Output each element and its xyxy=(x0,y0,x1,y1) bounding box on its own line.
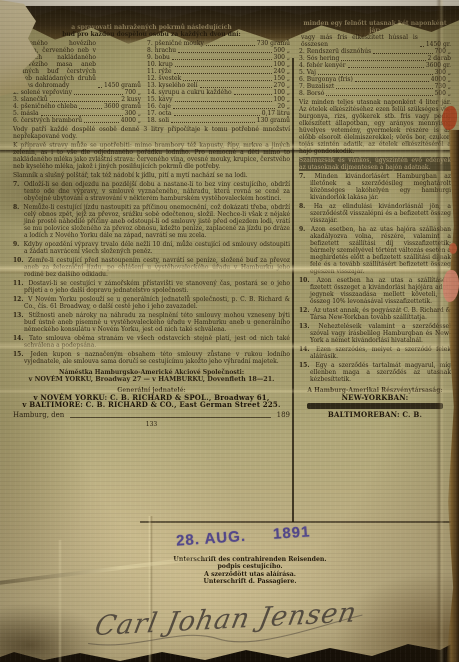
provision-list-a: 1. soleného hovězího masa, červeného neb… xyxy=(13,40,141,124)
provision-number: 3. xyxy=(13,96,19,103)
provision-number: 5. xyxy=(299,69,305,76)
provision-row: 17. octa 0,17 litru xyxy=(147,110,290,117)
provision-number: 13. xyxy=(147,82,157,89)
provision-number: 15. xyxy=(147,96,157,103)
provision-amount: 240 „ xyxy=(274,68,290,75)
provision-amount: 700 „ xyxy=(125,89,141,96)
provision-row: 7. Buzaliszt 730 „ xyxy=(299,83,451,90)
bedding-paragraph-hungarian: Szalmazsák és vánkos, úgyszintén evő edé… xyxy=(299,157,451,171)
provision-amount: 100 „ xyxy=(274,61,290,68)
provision-row: 2. solené vepřoviny 700 „ xyxy=(13,89,141,96)
dotted-leader xyxy=(373,53,432,54)
provision-label: syrupu a cukru každého xyxy=(159,89,232,96)
provision-amount: 300 „ xyxy=(125,110,141,117)
provision-list-hungarian: vagy más fris elkészített hússal is össz… xyxy=(299,34,451,97)
paragraph-text: Azon esetben ha az utas a szállításért f… xyxy=(310,277,451,305)
provision-label: švestek xyxy=(159,75,182,82)
provision-amount: 300 „ xyxy=(274,54,290,61)
provision-amount: 4000 „ xyxy=(121,117,141,124)
terms-paragraph: 9. Azon esetben, ha az utas hajóra száll… xyxy=(299,226,451,275)
provision-row: 13. kyselého zelí 270 „ xyxy=(147,82,290,89)
stamp-year: 1891 xyxy=(272,523,310,543)
paragraph-number: 13. xyxy=(299,323,309,330)
dotted-leader xyxy=(173,108,275,109)
provision-label: Sós hering xyxy=(307,55,340,62)
bedding-paragraph: Slamník a slušný polštář, tak též nádobí… xyxy=(13,172,290,179)
handwritten-signature: Carl Johan Jensen xyxy=(70,584,390,660)
paragraph-number: 8. xyxy=(13,204,19,211)
dotted-leader xyxy=(41,115,123,116)
provision-amount: 500 „ xyxy=(274,47,290,54)
water-ration-note: Vody patří každé dospělé osobě denně 3 l… xyxy=(13,126,290,140)
dotted-leader xyxy=(336,88,432,89)
signature-caption-block: Unterschrift des contrahirenden Reisende… xyxy=(138,556,362,586)
paragraph-number: 10. xyxy=(13,257,23,264)
provision-number: 14. xyxy=(147,89,157,96)
terms-paragraph: 15. Jeden kupon s naznačeným obsahem tét… xyxy=(13,351,290,365)
provision-number: 4. xyxy=(299,62,305,69)
column-divider-rule xyxy=(292,58,294,522)
provision-number: 6. xyxy=(299,76,305,83)
provision-row: 4. fehér kenyér 3600 gr. xyxy=(299,62,451,69)
dotted-leader xyxy=(183,80,271,81)
provision-amount: 1450 gr. xyxy=(426,41,451,48)
provision-amount: 20 „ xyxy=(277,103,290,110)
agent-address-baltimore: v BALTIMORE: C. B. RICHARD & CO., East G… xyxy=(13,401,290,408)
paragraph-number: 9. xyxy=(299,226,305,233)
provision-label: soli xyxy=(159,117,170,124)
paragraph-text: Minden kivándorlásért Hamburgban az ille… xyxy=(310,173,451,201)
dotted-leader xyxy=(172,59,272,60)
terms-paragraph: 10. Zemře-li cestující před nastoupením … xyxy=(13,257,290,278)
provision-amount: 2 kusy xyxy=(121,96,141,103)
provision-row: 11. rýže 240 „ xyxy=(147,68,290,75)
provision-label: Rendszerü disznóhús xyxy=(307,48,372,55)
provision-amount: 730 gramů xyxy=(257,40,290,47)
dotted-leader xyxy=(341,60,425,61)
paragraph-text: Azon esetben, ha az utas hajóra szállásb… xyxy=(310,226,451,275)
terms-paragraph: 10. Azon esetben ha az utas a szállításé… xyxy=(299,277,451,305)
provision-row: 15. kávy 100 „ xyxy=(147,96,290,103)
provision-amount: 4000 „ xyxy=(431,76,451,83)
agency-newyork-line: NEW-YORKBAN: xyxy=(299,394,451,401)
provision-row: 8. hrachu 500 „ xyxy=(147,47,290,54)
provision-row: 14. syrupu a cukru každého 100 „ xyxy=(147,89,290,96)
provision-amount: 270 „ xyxy=(274,82,290,89)
provision-label: vagy más fris elkészített hússal is össz… xyxy=(301,34,418,48)
dotted-leader xyxy=(234,94,272,95)
paragraph-number: 14. xyxy=(13,335,23,342)
paragraph-number: 7. xyxy=(13,181,19,188)
signature-svg: Carl Johan Jensen xyxy=(70,584,390,656)
dotted-leader xyxy=(175,66,272,67)
date-blank-line xyxy=(70,417,270,418)
provision-amount: 730 „ xyxy=(435,83,451,90)
paragraph-number: 12. xyxy=(13,296,23,303)
provision-amount: 150 „ xyxy=(274,75,290,82)
dotted-leader xyxy=(98,87,102,88)
signature-text: Carl Johan Jensen xyxy=(92,598,359,643)
provision-number: 5. xyxy=(13,110,19,117)
provision-row: 18. soli 130 gramů xyxy=(147,117,290,124)
dotted-leader xyxy=(74,94,122,95)
hungarian-column: minden egy felnőtt utasnak két naponként… xyxy=(299,20,451,418)
czech-terms-paragraphs: 7. Odloží-li se den odjezdu na pozdější … xyxy=(13,181,290,365)
provision-number: 8. xyxy=(147,47,153,54)
provision-label: másla xyxy=(21,110,39,117)
dotted-leader xyxy=(318,74,433,75)
provision-label: Vaj xyxy=(307,69,316,76)
paragraph-number: 15. xyxy=(13,351,23,358)
signature-caption-line: A szerződött utas aláírása. xyxy=(138,571,362,578)
water-paragraph-hungarian: Víz minden teljes utasnak naponként 4 li… xyxy=(299,99,451,155)
paragraph-number: 14. xyxy=(299,346,309,353)
provision-row: 3. Sós hering 2 darab xyxy=(299,55,451,62)
date-line: Hamburg, den 189 xyxy=(13,412,290,419)
terms-paragraph: 12. Az utast annak, és pogyászát C. B. R… xyxy=(299,307,451,321)
provision-amount: 0,17 litru xyxy=(262,110,290,117)
provision-number: 9. xyxy=(147,54,153,61)
provision-number: 11. xyxy=(147,68,157,75)
paragraph-text: Zemře-li cestující před nastoupením cest… xyxy=(24,257,290,278)
dotted-leader xyxy=(200,87,272,88)
terms-paragraph: 12. V Novém Yorku poslouží se u generáln… xyxy=(13,296,290,310)
provision-amount: 3600 gramů xyxy=(104,103,141,110)
paragraph-text: Odloží-li se den odjezdu na pozdější dob… xyxy=(24,181,290,202)
terms-paragraph: 14. Tato smlouva oběma stranám ve všech … xyxy=(13,335,290,349)
paragraph-number: 7. xyxy=(299,173,305,180)
provision-row: 10. krup 100 „ xyxy=(147,61,290,68)
paragraph-text: V Novém Yorku poslouží se u generálních … xyxy=(24,296,290,310)
dotted-leader xyxy=(174,73,272,74)
provision-number: 12. xyxy=(147,75,157,82)
signature-caption-line: Unterschrift des contrahirenden Reisende… xyxy=(138,556,362,563)
terms-paragraph: 14. Ezen szerződés, melyet a szerződő fe… xyxy=(299,346,451,360)
provision-row: 5. másla 300 „ xyxy=(13,110,141,117)
provision-label: hrachu xyxy=(155,47,176,54)
dotted-leader xyxy=(84,122,119,123)
provision-number: 1. xyxy=(13,82,19,89)
paragraph-text: Nehezteléseik valamint a szerződéssel sz… xyxy=(310,323,451,344)
provision-label: čerstvých bramborů xyxy=(21,117,82,124)
provision-number: 7. xyxy=(299,83,305,90)
provision-number: 7. xyxy=(147,40,153,47)
provision-label: solené vepřoviny xyxy=(21,89,72,96)
ink-smear xyxy=(307,403,443,409)
provision-label: octa xyxy=(159,110,172,117)
paragraph-text: Tato smlouva oběma stranám ve všech odst… xyxy=(24,335,290,349)
provision-label: pšeničné mouky xyxy=(155,40,204,47)
header-line-1: a spravovati nahražených pokrmů následuj… xyxy=(13,24,290,31)
provision-row: 4. pšeničného chleba 3600 gramů xyxy=(13,103,141,110)
terms-paragraph: 11. Dostaví-li se cestující v zámořském … xyxy=(13,280,290,294)
provision-label: fehér kenyér xyxy=(307,62,346,69)
provision-row: 2. Rendszerü disznóhús 700 „ xyxy=(299,48,451,55)
provision-label: Borsó xyxy=(307,90,325,97)
provision-label: krup xyxy=(159,61,173,68)
provision-number: 2. xyxy=(299,48,305,55)
dotted-leader xyxy=(178,52,271,53)
provision-label: slanečků xyxy=(21,96,48,103)
dotted-leader xyxy=(355,81,429,82)
provision-label: Buzaliszt xyxy=(307,83,335,90)
provision-amount: 1450 gramů xyxy=(104,82,141,89)
terms-paragraph: 7. Odloží-li se den odjezdu na pozdější … xyxy=(13,181,290,202)
provision-row: 1. soleného hovězího masa, červeného neb… xyxy=(13,40,141,89)
czech-column: a spravovati nahražených pokrmů následuj… xyxy=(13,24,290,428)
paragraph-number: 9. xyxy=(13,241,19,248)
paragraph-text: Kdyby opozdění výpravy trvalo déle nežli… xyxy=(24,241,290,255)
provision-number: 17. xyxy=(147,110,157,117)
paragraph-number: 10. xyxy=(299,277,309,284)
provision-number: 3. xyxy=(299,55,305,62)
provision-amount: 100 „ xyxy=(274,96,290,103)
provision-amount: 3600 gr. xyxy=(426,62,451,69)
provision-label: kávy xyxy=(159,96,173,103)
paragraph-number: 12. xyxy=(299,307,309,314)
paragraph-number: 8. xyxy=(299,203,305,210)
provision-number: 2. xyxy=(13,89,19,96)
provision-lists: 1. soleného hovězího masa, červeného neb… xyxy=(13,40,290,124)
provision-label: čaje xyxy=(159,103,171,110)
provision-number: 16. xyxy=(147,103,157,110)
paragraph-text: Ezen szerződés, melyet a szerződő felek … xyxy=(310,346,451,360)
dotted-leader xyxy=(326,95,432,96)
paragraph-text: Ha az elindulási kivándorlásnál jön, a s… xyxy=(310,203,451,224)
terms-paragraph: 7. Minden kivándorlásért Hamburgban az i… xyxy=(299,173,451,201)
provision-label: bobu xyxy=(155,54,170,61)
provision-amount: 300 „ xyxy=(435,69,451,76)
terms-paragraph: 8. Ha az elindulási kivándorlásnál jön, … xyxy=(299,203,451,224)
cooking-provisions-paragraph: K přípravě stravy může se upotřebiti: mi… xyxy=(13,142,290,170)
paragraph-text: Az utast annak, és pogyászát C. B. Richa… xyxy=(310,307,451,321)
provision-row: vagy más fris elkészített hússal is össz… xyxy=(299,34,451,48)
provision-label: Burgonya (fris) xyxy=(307,76,353,83)
provision-amount: 130 gramů xyxy=(257,117,290,124)
terms-paragraph: 13. Stížnosti aneb nároky na náhradu za … xyxy=(13,312,290,333)
terms-paragraph: 13. Nehezteléseik valamint a szerződésse… xyxy=(299,323,451,344)
provision-label: rýže xyxy=(159,68,172,75)
provision-number: 8. xyxy=(299,90,305,97)
provision-label: kyselého zelí xyxy=(159,82,198,89)
provision-amount: 2 darab xyxy=(428,55,451,62)
provision-list-b: 7. pšeničné mouky 730 gramů 8. hrachu 50… xyxy=(147,40,290,124)
paragraph-text: Nemůže-li cestující jízdu nastoupiti za … xyxy=(23,204,290,239)
date-year-prefix: 189 xyxy=(277,412,290,419)
paragraph-text: Egy a szerződés tartalmát magyarul, míg … xyxy=(310,362,451,383)
hungarian-terms-paragraphs: 7. Minden kivándorlásért Hamburgban az i… xyxy=(299,173,451,383)
dotted-leader xyxy=(420,46,424,47)
paragraph-number: 11. xyxy=(13,280,23,287)
scanned-contract-page: a spravovati nahražených pokrmů následuj… xyxy=(0,0,459,662)
red-spot xyxy=(449,243,457,254)
dotted-leader xyxy=(206,45,255,46)
dotted-leader xyxy=(50,101,120,102)
paragraph-text: Stížnosti aneb nároky na náhradu za nesp… xyxy=(24,312,290,333)
provision-label: pšeničného chleba xyxy=(21,103,78,110)
terms-paragraph: 9. Kdyby opozdění výpravy trvalo déle ne… xyxy=(13,241,290,255)
terms-paragraph: 15. Egy a szerződés tartalmát magyarul, … xyxy=(299,362,451,383)
provision-number: 4. xyxy=(13,103,19,110)
provision-amount: 100 „ xyxy=(274,89,290,96)
provision-row: 6. Burgonya (fris) 4000 „ xyxy=(299,76,451,83)
dotted-leader xyxy=(348,67,424,68)
header-line-2: buď pro každou dospělou osobu za každých… xyxy=(13,31,290,38)
provision-row: 3. slanečků 2 kusy xyxy=(13,96,141,103)
agency-baltimore-line: BALTIMOREBAN: C. B. xyxy=(299,411,451,418)
form-number: 133 xyxy=(13,421,290,428)
date-place-label: Hamburg, den xyxy=(13,412,64,419)
dotted-leader xyxy=(174,115,260,116)
provision-label: soleného hovězího masa, červeného neb v … xyxy=(21,40,96,89)
signature-caption-line: podpis cestujícího. xyxy=(138,563,362,570)
dotted-leader xyxy=(79,108,102,109)
provision-row: 6. čerstvých bramborů 4000 „ xyxy=(13,117,141,124)
provision-row: 5. Vaj 300 „ xyxy=(299,69,451,76)
provision-amount: 700 „ xyxy=(435,48,451,55)
provision-number: 6. xyxy=(13,117,19,124)
dotted-leader xyxy=(175,101,272,102)
header-line-right: minden egy felnőtt utasnak két naponként… xyxy=(299,20,451,34)
paragraph-text: Jeden kupon s naznačeným obsahem této sm… xyxy=(24,351,290,365)
dotted-leader xyxy=(171,122,255,123)
paragraph-text: Dostaví-li se cestující v zámořském přís… xyxy=(24,280,290,294)
provision-amount: 500 „ xyxy=(435,90,451,97)
provision-row: 16. čaje 20 „ xyxy=(147,103,290,110)
terms-paragraph: 8. Nemůže-li cestující jízdu nastoupiti … xyxy=(13,204,290,239)
paragraph-number: 15. xyxy=(299,362,309,369)
provision-row: 9. bobu 300 „ xyxy=(147,54,290,61)
provision-number: 10. xyxy=(147,61,157,68)
provision-number: 18. xyxy=(147,117,157,124)
provision-row: 8. Borsó 500 „ xyxy=(299,90,451,97)
paragraph-number: 13. xyxy=(13,312,23,319)
provision-row: 7. pšeničné mouky 730 gramů xyxy=(147,40,290,47)
agency-address-1: v NOVÉM YORKU, Broadway 27 — v HAMBURKU,… xyxy=(13,376,290,383)
provision-row: 12. švestek 150 „ xyxy=(147,75,290,82)
